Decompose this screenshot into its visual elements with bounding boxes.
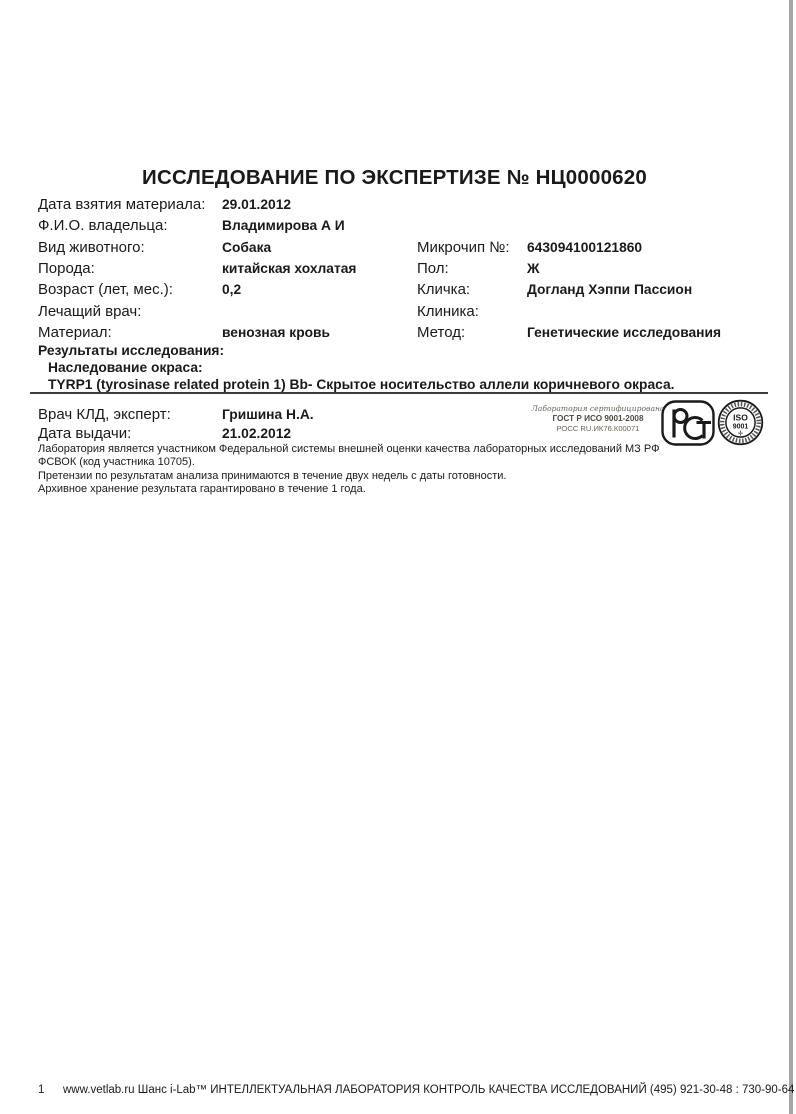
field-label: Кличка: — [417, 279, 470, 300]
field-label: Ф.И.О. владельца: — [38, 215, 168, 236]
field-label: Материал: — [38, 322, 112, 343]
disclaimer-line: Архивное хранение результата гарантирова… — [38, 483, 768, 496]
field-value: 29.01.2012 — [222, 194, 291, 215]
field-value: 0,2 — [222, 279, 241, 300]
field-row: Лечащий врач: Клиника: — [0, 301, 789, 322]
disclaimer-section: Лаборатория является участником Федераль… — [38, 443, 768, 497]
section-divider — [30, 392, 768, 394]
certification-block: Лаборатория сертифицирована ГОСТ Р ИСО 9… — [530, 404, 666, 434]
field-label: Метод: — [417, 322, 465, 343]
field-value: Догланд Хэппи Пассион — [527, 279, 692, 300]
report-title: ИССЛЕДОВАНИЕ ПО ЭКСПЕРТИЗЕ № НЦ0000620 — [0, 166, 789, 190]
certification-line: Лаборатория сертифицирована — [530, 404, 666, 414]
field-row: Возраст (лет, мес.): 0,2 Кличка: Догланд… — [0, 279, 789, 300]
page-edge-shadow — [789, 0, 793, 1114]
disclaimer-line: ФСВОК (код участника 10705). — [38, 456, 768, 469]
fields-section: Дата взятия материала: 29.01.2012 Ф.И.О.… — [0, 194, 789, 343]
results-heading: Результаты исследования: — [38, 342, 675, 359]
footer-text: www.vetlab.ru Шанс i-Lab™ ИНТЕЛЛЕКТУАЛЬН… — [63, 1082, 794, 1098]
field-label: Врач КЛД, эксперт: — [38, 405, 171, 424]
field-row: Материал: венозная кровь Метод: Генетиче… — [0, 322, 789, 343]
field-row: Порода: китайская хохлатая Пол: Ж — [0, 258, 789, 279]
certification-line: ГОСТ Р ИСО 9001-2008 — [530, 414, 666, 424]
field-label: Микрочип №: — [417, 237, 510, 258]
field-label: Клиника: — [417, 301, 479, 322]
field-row: Ф.И.О. владельца: Владимирова А И — [0, 215, 789, 236]
field-label: Дата выдачи: — [38, 424, 131, 443]
field-value: Владимирова А И — [222, 215, 345, 236]
iso-seal-text: 9001 — [733, 424, 749, 431]
field-label: Возраст (лет, мес.): — [38, 279, 173, 300]
field-value: Собака — [222, 237, 271, 258]
field-value: Генетические исследования — [527, 322, 721, 343]
field-value: 643094100121860 — [527, 237, 642, 258]
iso-seal-text: ISO — [733, 413, 748, 423]
field-label: Лечащий врач: — [38, 301, 141, 322]
field-label: Дата взятия материала: — [38, 194, 205, 215]
field-value: китайская хохлатая — [222, 258, 356, 279]
results-subheading: Наследование окраса: — [38, 359, 675, 376]
disclaimer-line: Претензии по результатам анализа принима… — [38, 470, 768, 483]
field-label: Пол: — [417, 258, 449, 279]
results-section: Результаты исследования: Наследование ок… — [38, 342, 675, 394]
document-page: ИССЛЕДОВАНИЕ ПО ЭКСПЕРТИЗЕ № НЦ0000620 Д… — [0, 0, 796, 1114]
field-row: Дата взятия материала: 29.01.2012 — [0, 194, 789, 215]
field-value: Ж — [527, 258, 539, 279]
field-label: Вид животного: — [38, 237, 145, 258]
iso-seal-cross: ✛ — [738, 430, 744, 438]
footer: 1 www.vetlab.ru Шанс i-Lab™ ИНТЕЛЛЕКТУАЛ… — [0, 1082, 789, 1098]
field-value: 21.02.2012 — [222, 424, 291, 443]
certification-line: РОСС RU.ИК76.К00071 — [530, 424, 666, 434]
disclaimer-line: Лаборатория является участником Федераль… — [38, 443, 768, 456]
field-label: Порода: — [38, 258, 95, 279]
field-row: Вид животного: Собака Микрочип №: 643094… — [0, 237, 789, 258]
page-number: 1 — [38, 1082, 44, 1098]
field-value: венозная кровь — [222, 322, 330, 343]
field-value: Гришина Н.А. — [222, 405, 314, 424]
